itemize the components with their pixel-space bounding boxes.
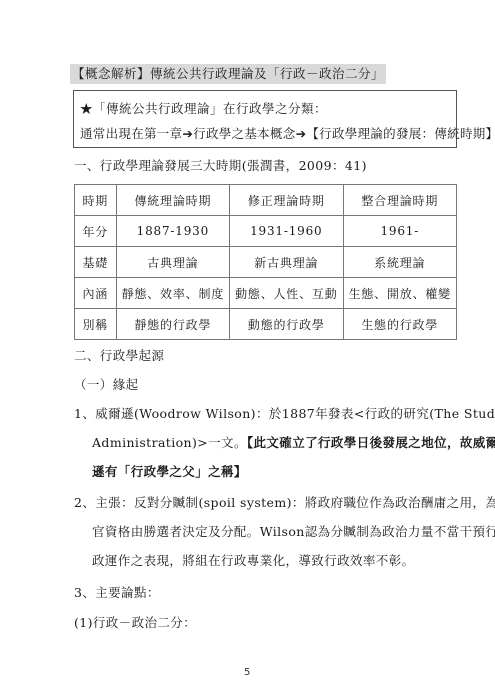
table-row: 時期 傳統理論時期 修正理論時期 整合理論時期 — [75, 185, 457, 216]
table-cell: 古典理論 — [116, 247, 229, 278]
table-cell: 動態、人性、互動 — [230, 278, 343, 309]
classification-line-1: ★「傳統公共行政理論」在行政學之分類： — [80, 99, 327, 117]
item-1-line-1: 1、威爾遜(Woodrow Wilson)：於1887年發表<行政的研究(The… — [74, 404, 495, 422]
table-row: 年分 1887-1930 1931-1960 1961- — [75, 216, 457, 247]
table-cell: 靜態、效率、制度 — [116, 278, 229, 309]
table-cell: 生態、開放、權變 — [343, 278, 456, 309]
table-cell: 系統理論 — [343, 247, 456, 278]
table-row: 內涵 靜態、效率、制度 動態、人性、互動 生態、開放、權變 — [75, 278, 457, 309]
item-2-line-1: 2、主張：反對分贓制(spoil system)：將政府職位作為政治酬庸之用，為 — [74, 493, 495, 511]
row-label: 年分 — [75, 216, 117, 247]
table-cell: 整合理論時期 — [343, 185, 456, 216]
row-label: 時期 — [75, 185, 117, 216]
item-2-line-3: 政運作之表現，將組在行政專業化，導致行政效率不彰。 — [92, 551, 415, 569]
theory-periods-table: 時期 傳統理論時期 修正理論時期 整合理論時期 年分 1887-1930 193… — [74, 184, 457, 340]
table-cell: 修正理論時期 — [230, 185, 343, 216]
item-1-emphasis: 【此文確立了行政學日後發展之地位，故威爾 — [247, 435, 495, 450]
table-cell: 1887-1930 — [116, 216, 229, 247]
concept-header-tag: 【概念解析】傳統公共行政理論及「行政－政治二分」 — [70, 64, 386, 84]
item-3-heading: 3、主要論點： — [74, 583, 160, 601]
table-cell: 生態的行政學 — [343, 309, 456, 340]
item-1-line-3: 遜有「行政學之父」之稱】 — [92, 462, 247, 480]
classification-line-2: 通常出現在第一章➔行政學之基本概念➔【行政學理論的發展：傳統時期】 — [80, 124, 495, 142]
row-label: 基礎 — [75, 247, 117, 278]
table-cell: 動態的行政學 — [230, 309, 343, 340]
table-cell: 1931-1960 — [230, 216, 343, 247]
classification-box: ★「傳統公共行政理論」在行政學之分類： 通常出現在第一章➔行政學之基本概念➔【行… — [73, 90, 457, 148]
row-label: 內涵 — [75, 278, 117, 309]
item-1-line-2-text: Administration)>一文。 — [92, 435, 247, 450]
table-row: 別稱 靜態的行政學 動態的行政學 生態的行政學 — [75, 309, 457, 340]
table-cell: 新古典理論 — [230, 247, 343, 278]
item-1-line-2: Administration)>一文。【此文確立了行政學日後發展之地位，故威爾 — [92, 433, 495, 451]
table-cell: 1961- — [343, 216, 456, 247]
subsection-origin: （一）緣起 — [74, 375, 139, 393]
section-1-heading: 一、行政學理論發展三大時期(張潤書，2009：41) — [74, 156, 367, 174]
table-cell: 傳統理論時期 — [116, 185, 229, 216]
table-cell: 靜態的行政學 — [116, 309, 229, 340]
item-3-1-heading: (1)行政－政治二分： — [74, 613, 196, 631]
table-row: 基礎 古典理論 新古典理論 系統理論 — [75, 247, 457, 278]
item-2-line-2: 官資格由勝選者決定及分配。Wilson認為分贓制為政治力量不當干預行 — [92, 522, 495, 540]
page-number: 5 — [244, 667, 250, 678]
section-2-heading: 二、行政學起源 — [74, 346, 164, 364]
row-label: 別稱 — [75, 309, 117, 340]
